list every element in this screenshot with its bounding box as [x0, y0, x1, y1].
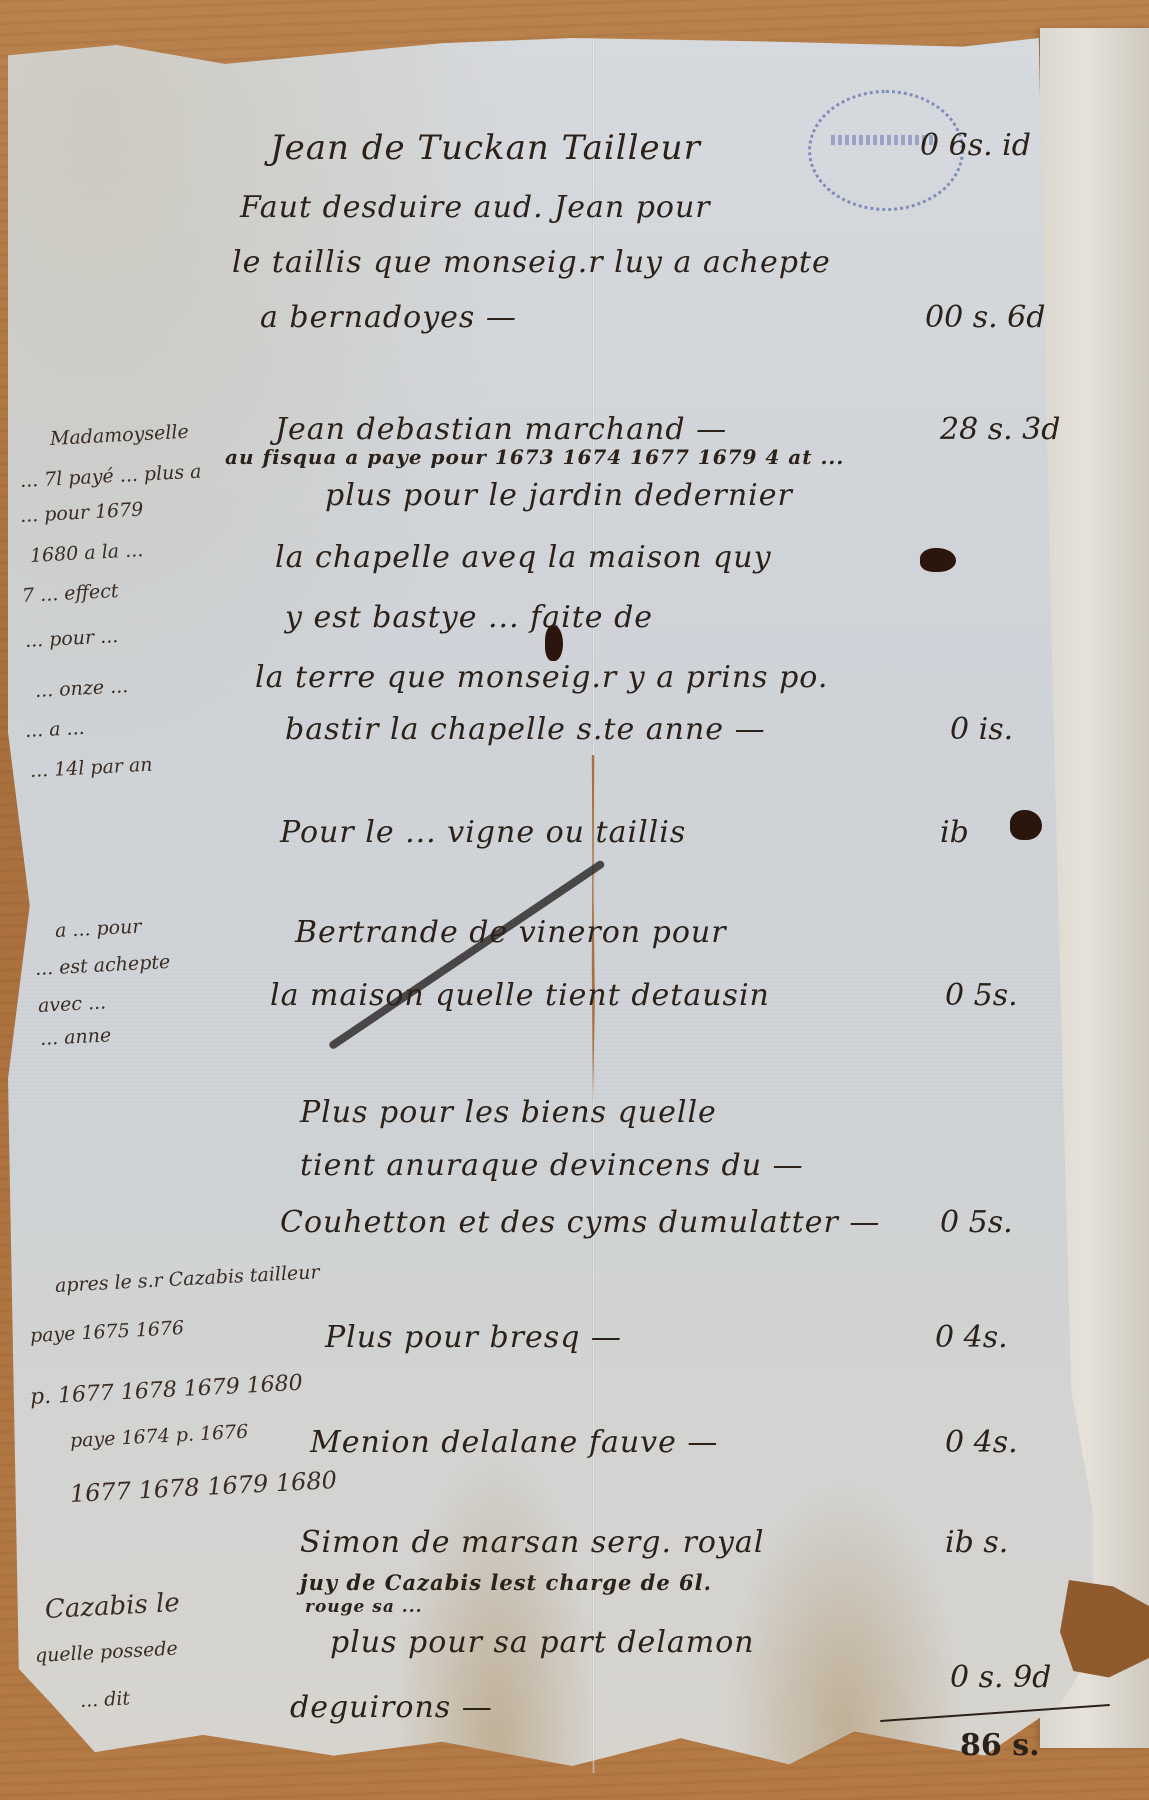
entry-line: Couhetton et des cyms dumulatter — [280, 1205, 880, 1240]
interlinear-note: juy de Cazabis lest charge de 6l. [300, 1570, 712, 1595]
manuscript-page [8, 38, 1093, 1773]
entry-line: plus pour sa part delamon [330, 1625, 755, 1660]
entry-amount: 0 4s. [935, 1320, 1008, 1355]
entry-line: Pour le ... vigne ou taillis [280, 815, 686, 850]
entry-line: le taillis que monseig.r luy a achepte [232, 245, 831, 280]
margin-note: ... dit [79, 1687, 130, 1712]
ink-blot [920, 548, 956, 572]
entry-line: y est bastye ... faite de [285, 600, 653, 635]
entry-line: Plus pour les biens quelle [300, 1095, 717, 1130]
margin-note: a ... pour [54, 915, 141, 941]
entry-line: la maison quelle tient detausin [270, 978, 770, 1013]
entry-amount: 0 4s. [945, 1425, 1018, 1460]
entry-amount: ib [940, 815, 969, 850]
entry-line: Plus pour bresq — [325, 1320, 622, 1355]
entry-line: la terre que monseig.r y a prins po. [255, 660, 828, 695]
entry-line: Simon de marsan serg. royal [300, 1525, 764, 1560]
entry-amount: 0 5s. [940, 1205, 1013, 1240]
entry-line: la chapelle aveq la maison quy [275, 540, 772, 575]
total-amount: 86 s. [960, 1728, 1040, 1763]
entry-amount: 0 5s. [945, 978, 1018, 1013]
margin-note: ... a ... [24, 717, 85, 742]
entry-line: deguirons — [290, 1690, 493, 1725]
margin-note: avec ... [37, 991, 106, 1017]
entry-amount: 28 s. 3d [940, 412, 1060, 447]
entry-line: Jean debastian marchand — [275, 412, 727, 447]
interlinear-note: au fisqua a paye pour 1673 1674 1677 167… [225, 445, 844, 469]
interlinear-note: rouge sa ... [305, 1597, 423, 1617]
entry-amount: 0 6s. id [920, 128, 1031, 163]
ink-blot [1010, 810, 1042, 840]
entry-line: tient anuraque devincens du — [300, 1148, 804, 1183]
entry-amount: 00 s. 6d [925, 300, 1045, 335]
entry-amount: ib s. [945, 1525, 1008, 1560]
margin-note: ... anne [39, 1024, 111, 1050]
entry-line: a bernadoyes — [260, 300, 517, 335]
entry-line: Jean de Tuckan Tailleur [270, 128, 701, 168]
entry-line: Menion delalane fauve — [310, 1425, 718, 1460]
entry-amount: 0 s. 9d [950, 1660, 1051, 1695]
entry-line: bastir la chapelle s.te anne — [285, 712, 766, 747]
entry-line: Bertrande de vineron pour [295, 915, 727, 950]
entry-amount: 0 is. [950, 712, 1013, 747]
entry-line: Faut desduire aud. Jean pour [240, 190, 711, 225]
entry-line: plus pour le jardin dedernier [325, 478, 793, 513]
